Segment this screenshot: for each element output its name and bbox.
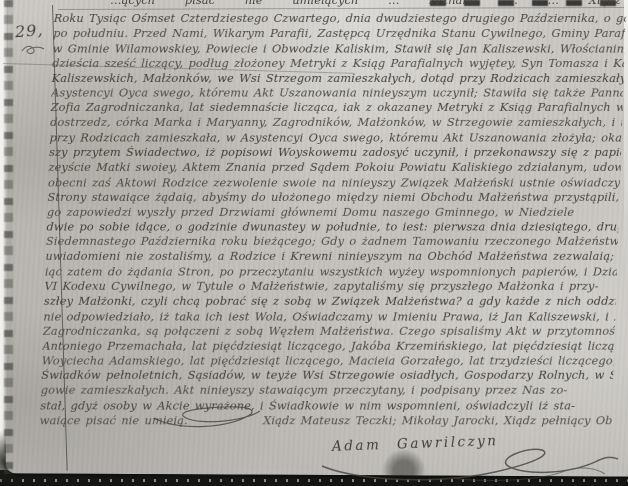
- handwriting-line: w Gminie Wilamowskiey, Powiecie i Obwodz…: [52, 42, 625, 57]
- signature-flourish: [300, 444, 625, 484]
- handwriting-line: po południu. Przed Nami, Wikarym Parafii…: [53, 27, 626, 42]
- handwriting-line: Zofia Zagrodniczanka, lat siedemnaście l…: [50, 101, 623, 116]
- handwriting-line: Strony stawaiące żądaią, abyśmy do ułożo…: [47, 191, 620, 206]
- handwriting-line: zeyście Matki swoiey, Aktem Znania przed…: [48, 161, 621, 176]
- handwriting-line: go zapowiedzi wyszły przed Drzwiami głów…: [47, 206, 620, 221]
- handwriting-line: Antoniego Przemachała, lat pięćdziesiąt …: [42, 340, 615, 355]
- margin-paraph-flourish: [20, 42, 46, 56]
- handwriting-line: nie odpowiedziało, iż taka ich iest Wola…: [43, 310, 616, 325]
- handwriting-line: Asystencyi Oyca swego, któremu Akt Uszan…: [51, 87, 624, 102]
- handwriting-line: VI Kodexu Cywilnego, w Tytule o Małżeńst…: [44, 280, 617, 295]
- handwriting-line: Zagrodniczanka, są połączeni z sobą Węzł…: [43, 325, 616, 340]
- previous-entry-cutoff: …ących pisać nie umieiących … zeznano … …: [110, 0, 626, 8]
- officiant-names: Xiądz Mateusz Teczki; Mikołay Jarocki, X…: [263, 414, 612, 427]
- scanned-document: 29, …ących pisać nie umieiących … zeznan…: [0, 0, 628, 486]
- handwriting-line: iąc zatem do żądania Stron, po przeczyta…: [45, 266, 618, 281]
- handwriting-line: dwie po sobie idące, o godzinie dwunaste…: [46, 221, 619, 236]
- handwriting-line: dzieścia sześć liczący, podług złożoney …: [52, 57, 625, 72]
- handwriting-line: Kaliszewskich, Małżonków, we Wsi Strzego…: [51, 72, 624, 87]
- handwriting-line: Siedemnastego Października roku bieżąceg…: [46, 235, 619, 250]
- handwriting-line: Roku Tysiąc Ośmset Czterdziestego Czwart…: [53, 12, 626, 27]
- handwriting-line: szłey Małżonki, czyli chcą pobrać się z …: [44, 295, 617, 310]
- handwriting-line: przy Rodzicach zamieszkała, w Asystencyi…: [49, 132, 622, 147]
- closing-line: waiące pisać nie umieią. Xiądz Mateusz T…: [39, 414, 612, 429]
- handwriting-line: obecni zaś Aktowi Rodzice zezwolenie swo…: [48, 176, 621, 191]
- torn-left-edge: [4, 0, 13, 474]
- handwriting-line: uwiadomieni nie zostaliśmy, a Rodzice i …: [45, 250, 618, 265]
- handwriting-line: stał, gdyż osoby w Akcie wyrażone, i Świ…: [40, 400, 613, 415]
- record-number: 29,: [14, 21, 51, 41]
- handwriting-line: dostrzedz, córka Marka i Maryanny, Zagro…: [50, 116, 623, 131]
- handwriting-line: Świadków pełnoletnich, Sąsiadów, w teyże…: [41, 369, 614, 384]
- act-body-text: Roku Tysiąc Ośmset Czterdziestego Czwart…: [39, 12, 626, 432]
- handwriting-line: gowie zamieszkałych. Akt ninieyszy stawa…: [40, 384, 613, 399]
- handwriting-line: szy przytem Świadectwo, iż popisowi Woys…: [49, 146, 622, 161]
- inline-flourish: [148, 404, 263, 432]
- handwriting-line: Woyciecha Adamskiego, lat pięćdziesiąt l…: [42, 355, 615, 370]
